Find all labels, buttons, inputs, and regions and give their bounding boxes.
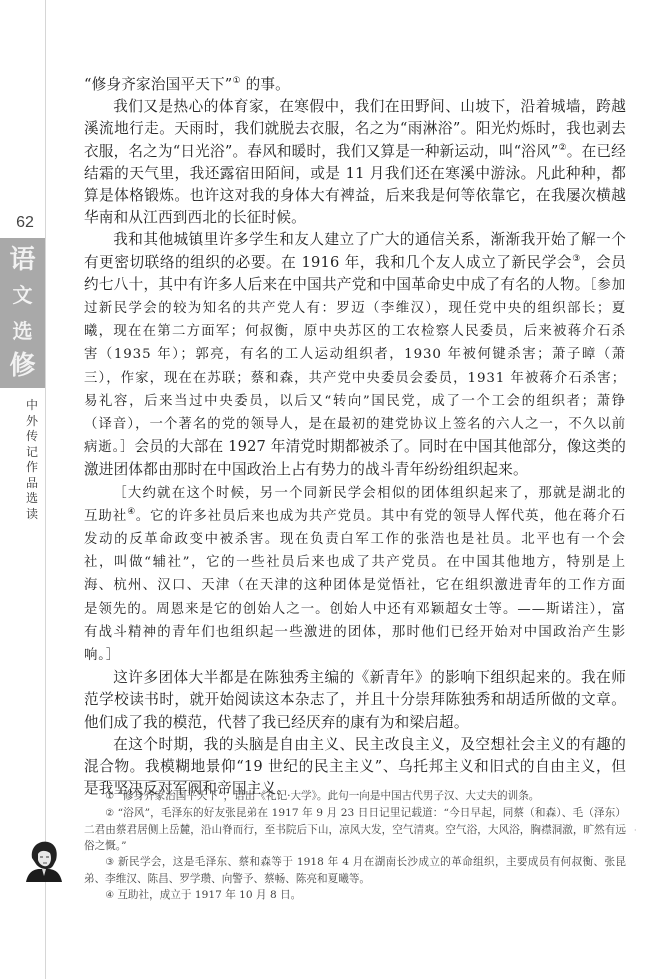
series-tab-char: 文	[13, 280, 33, 310]
body-text: “修身齐家治国平天下”① 的事。我们又是热心的体育家，在寒假中，我们在田野间、山…	[84, 74, 626, 801]
footnote-marker[interactable]: ①	[232, 76, 240, 86]
footnote-text: “修身齐家治国平天下”，语出《礼记·大学》。此句一向是中国古代男子汉、大丈夫的训…	[117, 790, 539, 802]
paragraph-text: 会员的大部在 1927 年清党时期都被杀了。同时在中国其他部分，像这类的激进团体…	[84, 438, 626, 478]
paragraph: 我们又是热心的体育家，在寒假中，我们在田野间、山坡下，沿着城墙，跨越溪流地行走。…	[84, 96, 626, 229]
paragraph-text: 的事。	[241, 76, 290, 93]
footnote-number: ③	[105, 857, 118, 868]
footnote-number: ①	[105, 791, 117, 802]
paragraph: “修身齐家治国平天下”① 的事。	[84, 74, 626, 96]
margin-divider-line	[45, 0, 46, 979]
scan-mark: ·	[634, 826, 637, 835]
series-tab-char: 语	[9, 245, 35, 275]
footnote-text: 新民学会，这是毛泽东、蔡和森等于 1918 年 4 月在湖南长沙成立的革命组织，…	[84, 856, 626, 885]
paragraph: 我和其他城镇里许多学生和友人建立了广大的通信关系，渐渐我开始了解一个有更密切联络…	[84, 229, 626, 481]
footnote-text: 互助社，成立于 1917 年 10 月 8 日。	[117, 889, 301, 901]
series-tab-char: 修	[9, 351, 35, 381]
paragraph-text: 我们又是热心的体育家，在寒假中，我们在田野间、山坡下，沿着城墙，跨越溪流地行走。…	[84, 98, 626, 159]
footnote-marker[interactable]: ③	[572, 254, 581, 264]
footnote-item: ③ 新民学会，这是毛泽东、蔡和森等于 1918 年 4 月在湖南长沙成立的革命组…	[84, 854, 626, 887]
paragraph-text: 我和其他城镇里许多学生和友人建立了广大的通信关系，渐渐我开始了解一个有更密切联络…	[84, 231, 626, 270]
series-tab: 语 文 选 修	[0, 238, 45, 388]
portrait-image	[22, 840, 66, 882]
footnote-item: ④ 互助社，成立于 1917 年 10 月 8 日。	[84, 887, 626, 904]
paragraph: 这许多团体大半都是在陈独秀主编的《新青年》的影响下组织起来的。我在师范学校读书时…	[84, 667, 626, 734]
footnote-rule	[84, 780, 214, 781]
translator-note: ［参加过新民学会的较为知名的共产党人有：罗迈（李维汉），现任党中央的组织部长；夏…	[84, 278, 626, 455]
paragraph: ［大约就在这个时候，另一个同新民学会相似的团体组织起来了，那就是湖北的互助社④。…	[84, 482, 626, 668]
footnote-text: “浴风”，毛泽东的好友张昆弟在 1917 年 9 月 23 日日记里记载道：“今…	[84, 807, 626, 852]
footnote-marker[interactable]: ②	[559, 143, 567, 153]
footnote-number: ②	[105, 808, 117, 819]
footnote-marker[interactable]: ④	[127, 507, 135, 517]
footnotes: ① “修身齐家治国平天下”，语出《礼记·大学》。此句一向是中国古代男子汉、大丈夫…	[84, 788, 626, 904]
translator-note: 。它的许多社员后来也成为共产党员。其中有党的领导人恽代英，他在蒋介石发动的反革命…	[84, 509, 626, 663]
book-subtitle-vertical: 中外传记作品选读	[24, 398, 40, 522]
footnote-item: ① “修身齐家治国平天下”，语出《礼记·大学》。此句一向是中国古代男子汉、大丈夫…	[84, 788, 626, 805]
footnote-number: ④	[105, 890, 117, 901]
footnote-item: ② “浴风”，毛泽东的好友张昆弟在 1917 年 9 月 23 日日记里记载道：…	[84, 805, 626, 854]
paragraph-text: “修身齐家治国平天下”	[84, 76, 232, 93]
portrait-icon	[22, 840, 66, 882]
page-number: 62	[8, 214, 42, 232]
series-tab-char: 选	[13, 316, 33, 346]
paragraph-text: 这许多团体大半都是在陈独秀主编的《新青年》的影响下组织起来的。我在师范学校读书时…	[84, 669, 626, 730]
